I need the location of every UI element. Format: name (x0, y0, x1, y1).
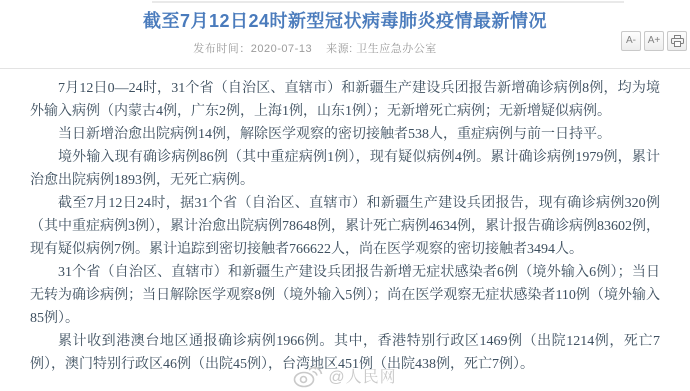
article-paragraph: 截至7月12日24时，据31个省（自治区、直辖市）和新疆生产建设兵团报告，现有确… (30, 192, 660, 261)
source-label: 来源: (326, 43, 353, 55)
article-paragraph: 境外输入现有确诊病例86例（其中重症病例1例），现有疑似病例4例。累计确诊病例1… (30, 146, 660, 192)
print-button[interactable] (667, 31, 687, 51)
page-title: 截至7月12日24时新型冠状病毒肺炎疫情最新情况 (0, 9, 690, 33)
article-paragraph: 31个省（自治区、直辖市）和新疆生产建设兵团报告新增无症状感染者6例（境外输入6… (30, 261, 660, 330)
watermark: @人民网 (0, 362, 690, 388)
publish-time-label: 发布时间： (193, 43, 251, 55)
font-decrease-button[interactable]: A- (621, 31, 641, 51)
article-body: 7月12日0—24时，31个省（自治区、直辖市）和新疆生产建设兵团报告新增确诊病… (0, 69, 690, 376)
article-paragraph: 7月12日0—24时，31个省（自治区、直辖市）和新疆生产建设兵团报告新增确诊病… (30, 77, 660, 123)
article-page: 截至7月12日24时新型冠状病毒肺炎疫情最新情况 发布时间：2020-07-13… (0, 0, 690, 391)
source-value: 卫生应急办公室 (356, 43, 437, 55)
weibo-icon (293, 362, 323, 388)
font-increase-button[interactable]: A+ (644, 31, 664, 51)
watermark-text: @人民网 (328, 364, 396, 387)
toolbar: A- A+ (621, 31, 687, 51)
printer-icon (671, 35, 684, 47)
font-increase-icon: A+ (648, 32, 661, 50)
article-header: 截至7月12日24时新型冠状病毒肺炎疫情最新情况 发布时间：2020-07-13… (0, 0, 690, 69)
font-decrease-icon: A- (626, 32, 636, 50)
publish-date: 2020-07-13 (251, 43, 312, 55)
article-paragraph: 当日新增治愈出院病例14例，解除医学观察的密切接触者538人，重症病例与前一日持… (30, 123, 660, 146)
article-meta: 发布时间：2020-07-13来源: 卫生应急办公室 (0, 40, 660, 56)
